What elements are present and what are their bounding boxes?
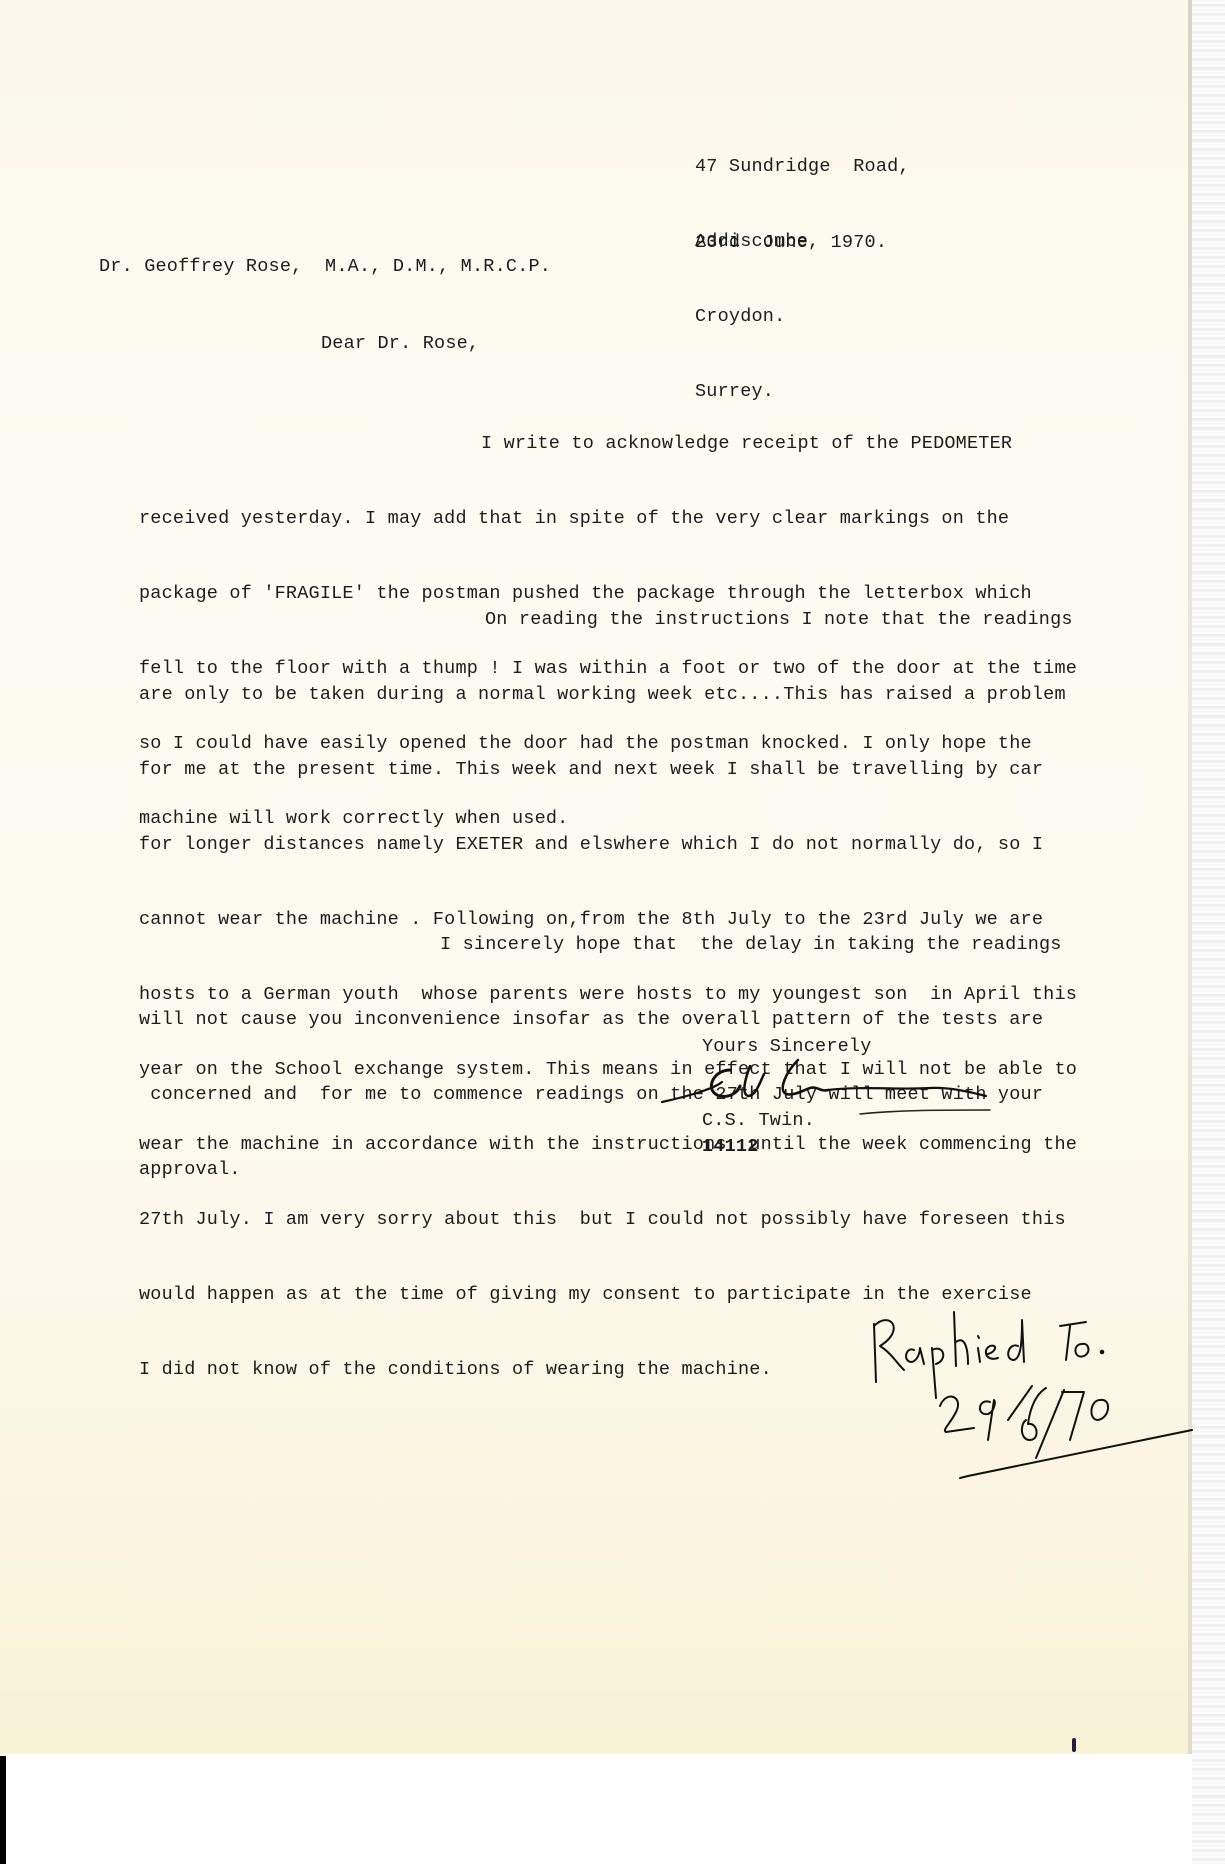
address-line: 47 Sundridge Road, <box>695 154 910 179</box>
paragraph-line: I write to acknowledge receipt of the PE… <box>139 431 1077 456</box>
paragraph-line: On reading the instructions I note that … <box>139 607 1077 632</box>
signer-reference: 14112 <box>702 1134 759 1159</box>
paragraph-line: approval. <box>139 1157 1062 1182</box>
paragraph-line: I sincerely hope that the delay in takin… <box>139 932 1062 957</box>
salutation: Dear Dr. Rose, <box>321 331 479 356</box>
paragraph-line: are only to be taken during a normal wor… <box>139 682 1077 707</box>
signer-name: C.S. Twin. <box>702 1108 815 1133</box>
recipient: Dr. Geoffrey Rose, M.A., D.M., M.R.C.P. <box>99 254 551 279</box>
paragraph-line: for longer distances namely EXETER and e… <box>139 832 1077 857</box>
scan-backing-right <box>1192 0 1225 1864</box>
scan-backing-bottom <box>6 1754 1192 1864</box>
scan-border-left <box>0 1756 6 1864</box>
ink-mark <box>1072 1738 1076 1752</box>
address-line: Croydon. <box>695 304 910 329</box>
handwritten-replied-note <box>850 1290 1210 1490</box>
letter-date: 23rd June 1970. <box>695 230 887 255</box>
paragraph-3: I sincerely hope that the delay in takin… <box>139 882 1062 1207</box>
paragraph-line: received yesterday. I may add that in sp… <box>139 506 1077 531</box>
paragraph-line: will not cause you inconvenience insofar… <box>139 1007 1062 1032</box>
paragraph-line: for me at the present time. This week an… <box>139 757 1077 782</box>
paragraph-line: 27th July. I am very sorry about this bu… <box>139 1207 1077 1232</box>
